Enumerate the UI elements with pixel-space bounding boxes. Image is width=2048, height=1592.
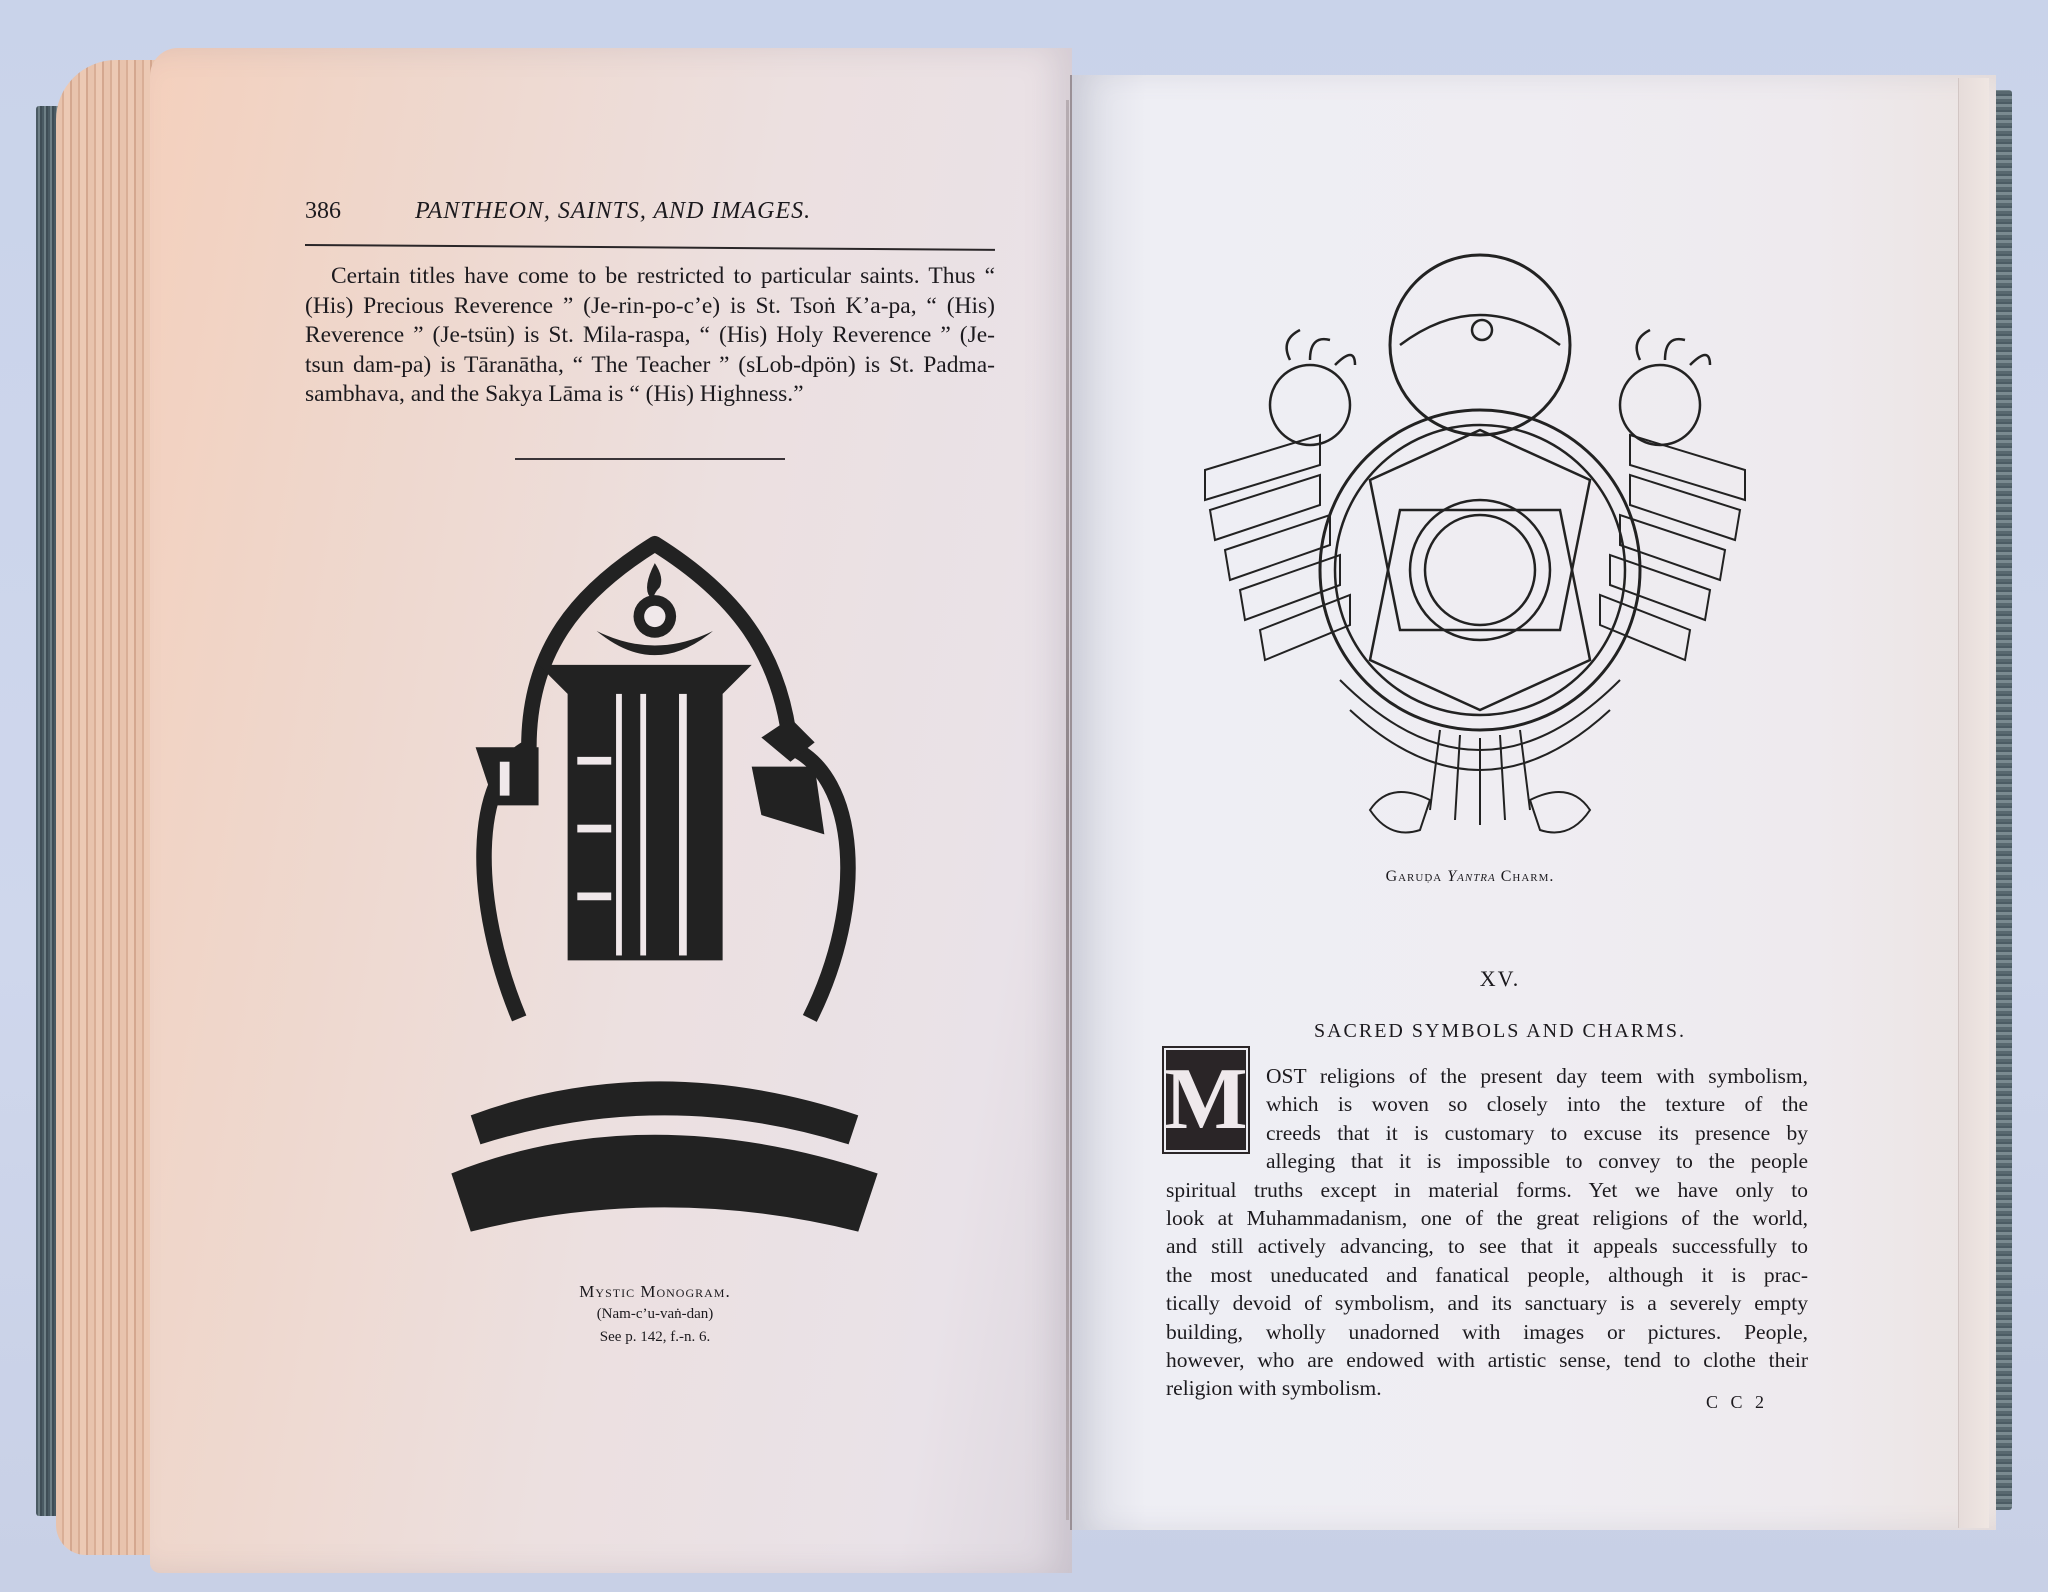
garuda-yantra-charm-icon — [1200, 250, 1750, 860]
caption-prefix: Garuḍa — [1386, 868, 1448, 885]
figure-caption-garuda: Garuḍa Yantra Charm. — [1320, 868, 1620, 886]
text-line: building, wholly unadorned with images o… — [1166, 1318, 1808, 1346]
paragraph: Certain titles have come to be restricte… — [305, 262, 995, 410]
caption-italic: Yantra — [1447, 868, 1496, 885]
text-line: alleging that it is impossible to convey… — [1166, 1147, 1808, 1175]
caption-reference: See p. 142, f.-n. 6. — [520, 1326, 790, 1349]
caption-suffix: Charm. — [1496, 868, 1555, 885]
text-line: and still actively advancing, to see tha… — [1166, 1232, 1808, 1260]
text-line: tically devoid of symbolism, and its san… — [1166, 1289, 1808, 1317]
running-head: 386 PANTHEON, SAINTS, AND IMAGES. — [305, 198, 995, 225]
chapter-title: SACRED SYMBOLS AND CHARMS. — [1250, 1020, 1750, 1043]
text-line: spiritual truths except in material form… — [1166, 1176, 1808, 1204]
binding-gutter — [1066, 100, 1069, 1520]
page-number: 386 — [305, 198, 415, 225]
right-page-fold — [1958, 78, 1989, 1528]
mystic-monogram-icon — [432, 530, 897, 1255]
text-line: creeds that it is customary to excuse it… — [1166, 1119, 1808, 1147]
text-line: however, who are endowed with artistic s… — [1166, 1346, 1808, 1374]
running-head-title: PANTHEON, SAINTS, AND IMAGES. — [415, 198, 811, 225]
right-body-text: OST religions of the present day teem wi… — [1166, 1062, 1808, 1403]
chapter-number: XV. — [1400, 966, 1600, 992]
signature-mark: C C 2 — [1706, 1392, 1768, 1413]
text-line: the most uneducated and fanatical people… — [1166, 1261, 1808, 1289]
left-body-text: Certain titles have come to be restricte… — [305, 262, 995, 410]
text-line: look at Muhammadanism, one of the great … — [1166, 1204, 1808, 1232]
caption-title: Mystic Monogram. — [520, 1280, 790, 1303]
text-line: which is woven so closely into the textu… — [1166, 1090, 1808, 1118]
figure-caption-monogram: Mystic Monogram. (Nam-c’u-vaṅ-dan) See p… — [520, 1280, 790, 1349]
section-divider — [515, 458, 785, 460]
caption-subtitle: (Nam-c’u-vaṅ-dan) — [520, 1303, 790, 1326]
text-line: OST religions of the present day teem wi… — [1166, 1062, 1808, 1090]
